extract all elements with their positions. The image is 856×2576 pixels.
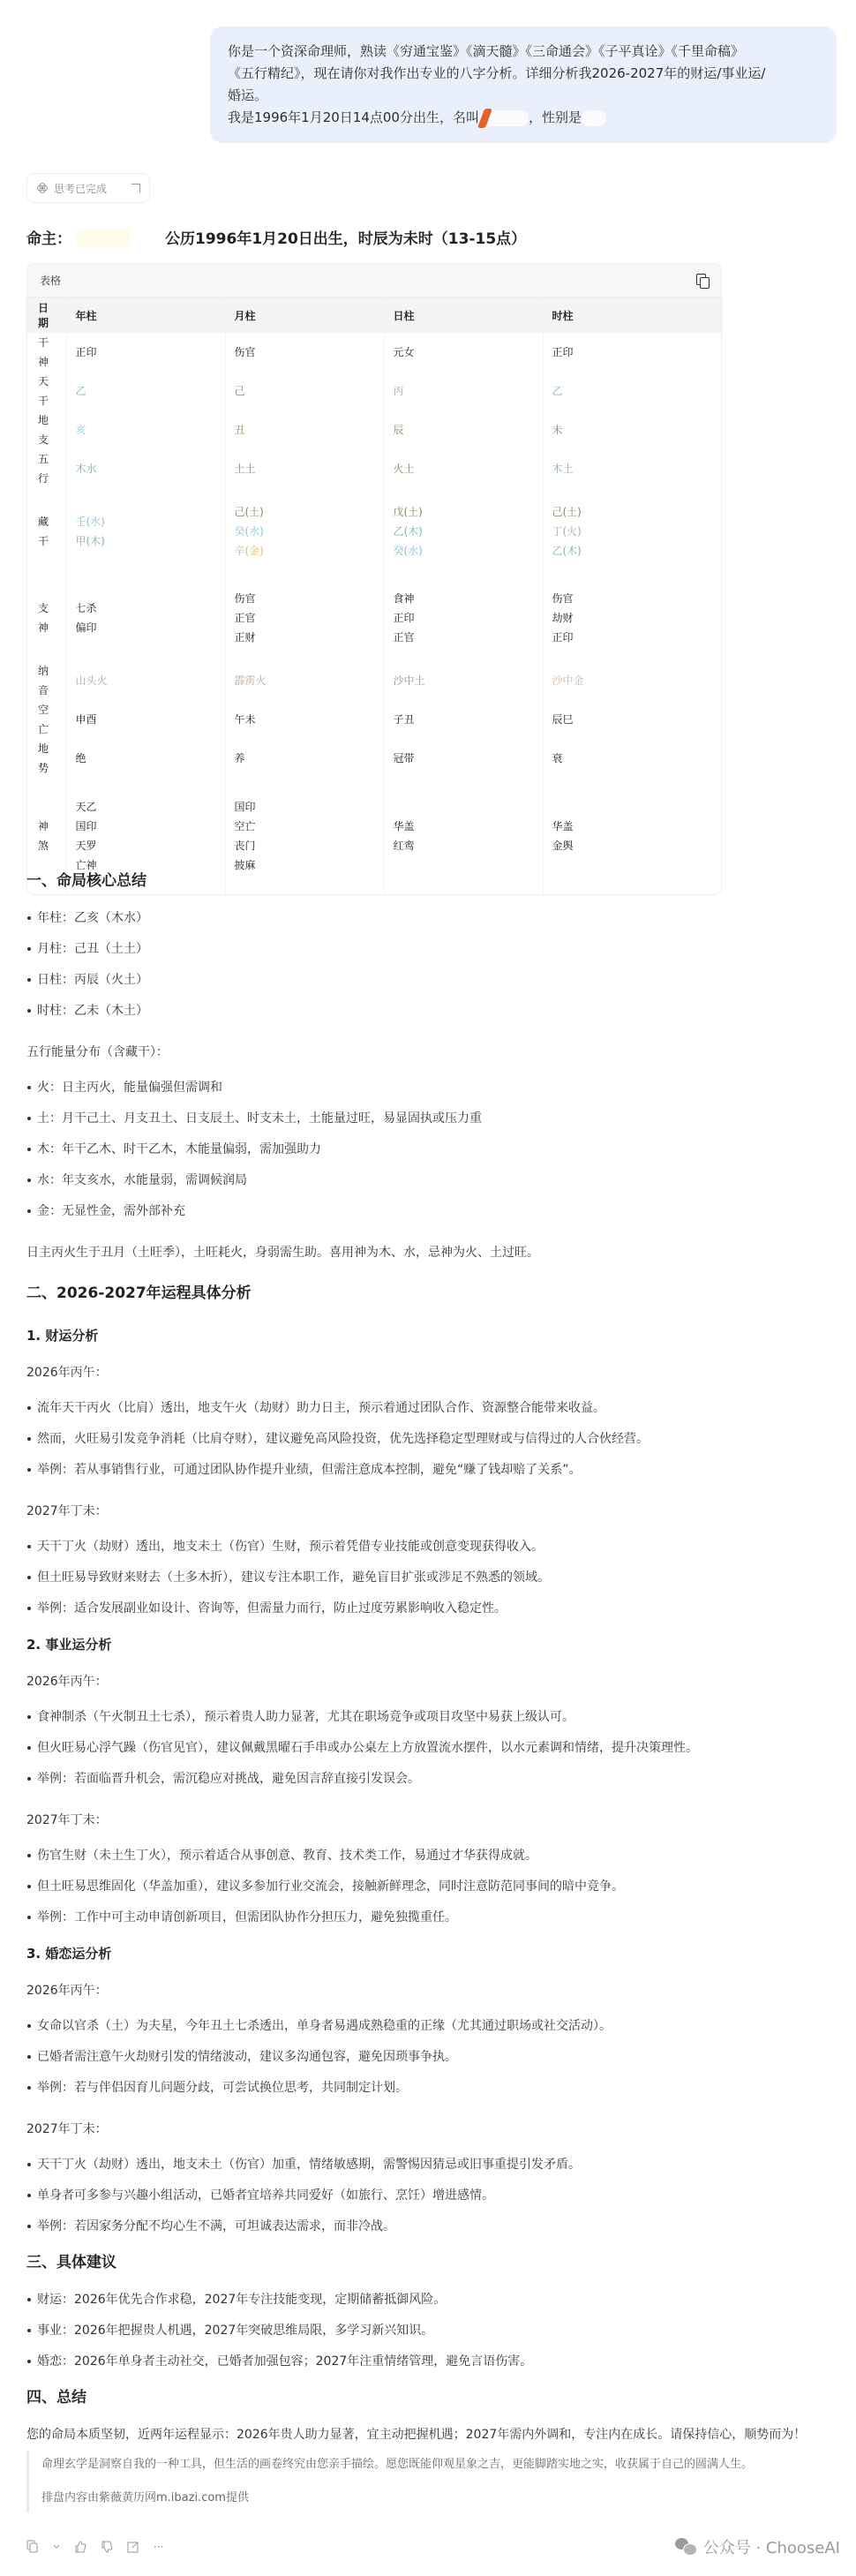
watermark-text: 公众号 · ChooseAI: [703, 2535, 840, 2558]
section-title: 一、命局核心总结: [26, 865, 821, 897]
list-item: 火：日主丙火，能量偏强但需调和: [26, 1077, 821, 1098]
user-message: 你是一个资深命理师，熟读《穷通宝鉴》《滴天髓》《三命通会》《子平真诠》《千里命稿…: [210, 26, 837, 143]
section-title: 四、总结: [26, 2382, 821, 2414]
table-cell: 午未: [225, 700, 384, 739]
subsection-title: 2. 事业运分析: [26, 1629, 821, 1661]
list-item: 伤官生财（未土生丁火），预示着适合从事创意、教育、技术类工作，易通过才华获得成就…: [26, 1845, 821, 1866]
list-item: 水：年支亥水，水能量弱，需调候润局: [26, 1170, 821, 1191]
table-cell: 绝: [66, 739, 225, 778]
year-label: 2026年丙午：: [26, 1362, 821, 1383]
table-row: 空亡 申酉 午未 子丑 辰巳: [27, 700, 721, 739]
list-item: 女命以官杀（土）为夫星，今年丑土七杀透出，单身者易遇成熟稳重的正缘（尤其通过职场…: [26, 2015, 821, 2037]
list-item: 举例：若面临晋升机会，需沉稳应对挑战，避免因言辞直接引发误会。: [26, 1768, 821, 1789]
table-cell: 正印: [66, 333, 225, 372]
redacted-owner-name: [77, 229, 130, 246]
list-item: 举例：若从事销售行业，可通过团队协作提升业绩，但需注意成本控制，避免“赚了钱却赔…: [26, 1459, 821, 1480]
list-item: 财运：2026年优先合作求稳，2027年专注技能变现，定期储蓄抵御风险。: [26, 2289, 821, 2310]
year-label: 2027年丁未：: [26, 1501, 821, 1522]
thinking-icon: [36, 182, 49, 194]
row-label: 五行: [27, 449, 66, 488]
table-cell: 伤官 劫财 正印: [543, 575, 721, 661]
table-cell: 申酉: [66, 700, 225, 739]
wuxing-title: 五行能量分布（含藏干）：: [26, 1042, 821, 1063]
table-cell: 辰巳: [543, 700, 721, 739]
expand-icon[interactable]: [131, 184, 140, 192]
year-label: 2026年丙午：: [26, 1671, 821, 1692]
table-card-title: 表格: [40, 273, 61, 288]
table-row: 干神 正印 伤官 元女 正印: [27, 333, 721, 372]
table-cell: 己(土) 癸(水) 辛(金): [225, 488, 384, 575]
list-item: 天干丁火（劫财）透出，地支未土（伤官）加重，情绪敏感期，需警惕因猜忌或旧事重提引…: [26, 2154, 821, 2175]
owner-info: 命主： 公历1996年1月20日出生，时辰为未时（13-15点）: [26, 226, 526, 248]
birth-text: 我是1996年1月20日14点00分出生，名叫: [228, 109, 479, 125]
table-cell: 亥: [66, 411, 225, 449]
thumbs-down-icon[interactable]: [101, 2541, 113, 2553]
table-row: 支神 七杀 偏印 伤官 正官 正财 食神 正印 正官 伤官 劫财: [27, 575, 721, 661]
table-cell: 沙中土: [384, 661, 543, 700]
list-item: 举例：工作中可主动申请创新项目，但需团队协作分担压力，避免独揽重任。: [26, 1907, 821, 1928]
list-item: 流年天干丙火（比肩）透出，地支午火（劫财）助力日主，预示着通过团队合作、资源整合…: [26, 1397, 821, 1419]
thumbs-up-icon[interactable]: [74, 2541, 86, 2553]
subsection-title: 3. 婚恋运分析: [26, 1938, 821, 1970]
closing-quote: 命理玄学是洞察自我的一种工具，但生活的画卷终究由您亲手描绘。愿您既能仰观星象之吉…: [26, 2451, 821, 2512]
source-text: 排盘内容由紫薇黄历网m.ibazi.com提供: [41, 2488, 821, 2509]
header-day-pillar: 日柱: [384, 298, 543, 333]
table-row: 藏干 壬(水) 甲(木) 己(土) 癸(水) 辛(金) 戊(土) 乙(木) 癸(…: [27, 488, 721, 575]
table-cell: 丙: [384, 372, 543, 411]
list-item: 但火旺易心浮气躁（伤官见官），建议佩戴黑曜石手串或办公桌左上方放置流水摆件，以水…: [26, 1737, 821, 1759]
copy-icon[interactable]: [696, 274, 709, 288]
chart-conclusion: 日主丙火生于丑月（土旺季），土旺耗火，身弱需生助。喜用神为木、水，忌神为火、土过…: [26, 1242, 821, 1263]
row-label: 地支: [27, 411, 66, 449]
table-cell: 食神 正印 正官: [384, 575, 543, 661]
list-item: 月柱：己丑（土土）: [26, 938, 821, 960]
row-label: 干神: [27, 333, 66, 372]
list-item: 日柱：丙辰（火土）: [26, 969, 821, 990]
section-title: 三、具体建议: [26, 2247, 821, 2278]
table-cell: 己: [225, 372, 384, 411]
section-title: 二、2026-2027年运程具体分析: [26, 1277, 821, 1309]
list-item: 单身者可多参与兴趣小组活动，已婚者宜培养共同爱好（如旅行、烹饪）增进感情。: [26, 2185, 821, 2206]
header-hour-pillar: 时柱: [543, 298, 721, 333]
chevron-down-icon[interactable]: [53, 2544, 60, 2550]
user-message-line: 《五行精纪》，现在请你对我作出专业的八字分析。详细分析我2026-2027年的财…: [228, 63, 819, 85]
table-cell: 养: [225, 739, 384, 778]
table-cell: 沙中金: [543, 661, 721, 700]
list-item: 婚恋：2026年单身者主动社交，已婚者加强包容；2027年注重情绪管理，避免言语…: [26, 2351, 821, 2372]
list-item: 举例：若因家务分配不均心生不满，可坦诚表达需求，而非冷战。: [26, 2216, 821, 2237]
table-cell: 未: [543, 411, 721, 449]
owner-prefix: 命主：: [26, 226, 71, 248]
table-row: 纳音 山头火 霹雳火 沙中土 沙中金: [27, 661, 721, 700]
analysis-content: 一、命局核心总结 年柱：乙亥（木水） 月柱：己丑（土土） 日柱：丙辰（火土） 时…: [26, 865, 821, 2512]
row-label: 空亡: [27, 700, 66, 739]
user-message-line: 你是一个资深命理师，熟读《穷通宝鉴》《滴天髓》《三命通会》《子平真诠》《千里命稿…: [228, 41, 819, 63]
table-header-row: 日期 年柱 月柱 日柱 时柱: [27, 298, 721, 333]
header-date: 日期: [27, 298, 66, 333]
table-cell: 子丑: [384, 700, 543, 739]
table-row: 地支 亥 丑 辰 未: [27, 411, 721, 449]
wealth-2026-list: 流年天干丙火（比肩）透出，地支午火（劫财）助力日主，预示着通过团队合作、资源整合…: [26, 1397, 821, 1480]
thinking-label: 思考已完成: [54, 181, 107, 196]
owner-detail: 公历1996年1月20日出生，时辰为未时（13-15点）: [165, 226, 526, 248]
redacted-name: [479, 110, 529, 126]
marriage-2026-list: 女命以官杀（土）为夫星，今年丑土七杀透出，单身者易遇成熟稳重的正缘（尤其通过职场…: [26, 2015, 821, 2098]
table-cell: 火土: [384, 449, 543, 488]
bazi-table: 日期 年柱 月柱 日柱 时柱 干神 正印 伤官 元女 正印 天干 乙 己 丙 乙: [27, 298, 721, 894]
list-item: 但土旺易导致财来财去（土多木折），建议专注本职工作，避免盲目扩张或涉足不熟悉的领…: [26, 1567, 821, 1588]
table-cell: 霹雳火: [225, 661, 384, 700]
list-item: 已婚者需注意午火劫财引发的情绪波动，建议多沟通包容，避免因琐事争执。: [26, 2046, 821, 2068]
table-cell: 丑: [225, 411, 384, 449]
user-message-line: 婚运。: [228, 85, 819, 107]
wuxing-list: 火：日主丙火，能量偏强但需调和 土：月干己土、月支丑土、日支辰土、时支未土，土能…: [26, 1077, 821, 1222]
list-item: 金：无显性金，需外部补充: [26, 1201, 821, 1222]
table-cell: 冠带: [384, 739, 543, 778]
watermark: 公众号 · ChooseAI: [675, 2535, 840, 2558]
career-2026-list: 食神制杀（午火制丑土七杀），预示着贵人助力显著，尤其在职场竞争或项目攻坚中易获上…: [26, 1706, 821, 1789]
row-label: 藏干: [27, 488, 66, 575]
header-year-pillar: 年柱: [66, 298, 225, 333]
marriage-2027-list: 天干丁火（劫财）透出，地支未土（伤官）加重，情绪敏感期，需警惕因猜忌或旧事重提引…: [26, 2154, 821, 2237]
message-action-bar: ···: [26, 2540, 163, 2554]
table-cell: 衰: [543, 739, 721, 778]
table-cell: 木水: [66, 449, 225, 488]
list-item: 食神制杀（午火制丑土七杀），预示着贵人助力显著，尤其在职场竞争或项目攻坚中易获上…: [26, 1706, 821, 1728]
copy-icon[interactable]: [26, 2540, 39, 2554]
table-row: 天干 乙 己 丙 乙: [27, 372, 721, 411]
table-cell: 辰: [384, 411, 543, 449]
list-item: 但土旺易思维固化（华盖加重），建议多参加行业交流会，接触新鲜理念，同时注意防范同…: [26, 1876, 821, 1897]
header-month-pillar: 月柱: [225, 298, 384, 333]
list-item: 举例：适合发展副业如设计、咨询等，但需量力而行，防止过度劳累影响收入稳定性。: [26, 1598, 821, 1619]
list-item: 土：月干己土、月支丑土、日支辰土、时支未土，土能量过旺，易显固执或压力重: [26, 1108, 821, 1129]
career-2027-list: 伤官生财（未土生丁火），预示着适合从事创意、教育、技术类工作，易通过才华获得成就…: [26, 1845, 821, 1928]
year-label: 2026年丙午：: [26, 1980, 821, 2001]
table-cell: 七杀 偏印: [66, 575, 225, 661]
quote-text: 命理玄学是洞察自我的一种工具，但生活的画卷终究由您亲手描绘。愿您既能仰观星象之吉…: [41, 2454, 821, 2475]
advice-list: 财运：2026年优先合作求稳，2027年专注技能变现，定期储蓄抵御风险。 事业：…: [26, 2289, 821, 2372]
table-cell: 伤官: [225, 333, 384, 372]
list-item: 木：年干乙木、时干乙木，木能量偏弱，需加强助力: [26, 1139, 821, 1160]
row-label: 支神: [27, 575, 66, 661]
row-label: 地势: [27, 739, 66, 778]
list-item: 时柱：乙未（木土）: [26, 1000, 821, 1021]
list-item: 然而，火旺易引发竞争消耗（比肩夺财），建议避免高风险投资，优先选择稳定型理财或与…: [26, 1428, 821, 1450]
user-message-bubble: 你是一个资深命理师，熟读《穷通宝鉴》《滴天髓》《三命通会》《子平真诠》《千里命稿…: [210, 26, 837, 143]
row-label: 天干: [27, 372, 66, 411]
row-label: 纳音: [27, 661, 66, 700]
gender-label: ，性别是: [529, 109, 582, 125]
table-cell: 壬(水) 甲(木): [66, 488, 225, 575]
user-message-line: 我是1996年1月20日14点00分出生，名叫，性别是: [228, 107, 819, 129]
table-cell: 乙: [543, 372, 721, 411]
table-card-header: 表格: [27, 264, 721, 298]
table-cell: 山头火: [66, 661, 225, 700]
redacted-gender: [582, 110, 606, 126]
summary-text: 您的命局本质坚韧，近两年运程显示：2026年贵人助力显著，宜主动把握机遇；202…: [26, 2424, 821, 2445]
list-item: 年柱：乙亥（木水）: [26, 908, 821, 929]
table-row: 地势 绝 养 冠带 衰: [27, 739, 721, 778]
edit-icon[interactable]: [127, 2541, 139, 2553]
pillars-list: 年柱：乙亥（木水） 月柱：己丑（土土） 日柱：丙辰（火土） 时柱：乙未（木土）: [26, 908, 821, 1021]
table-cell: 戊(土) 乙(木) 癸(水): [384, 488, 543, 575]
table-cell: 木土: [543, 449, 721, 488]
list-item: 事业：2026年把握贵人机遇，2027年突破思维局限，多学习新兴知识。: [26, 2320, 821, 2341]
table-cell: 元女: [384, 333, 543, 372]
table-row: 五行 木水 土土 火土 木土: [27, 449, 721, 488]
thinking-status-chip[interactable]: 思考已完成: [26, 173, 150, 203]
table-cell: 土土: [225, 449, 384, 488]
table-cell: 正印: [543, 333, 721, 372]
more-icon[interactable]: ···: [154, 2541, 163, 2553]
table-cell: 己(土) 丁(火) 乙(木): [543, 488, 721, 575]
subsection-title: 1. 财运分析: [26, 1320, 821, 1352]
table-cell: 伤官 正官 正财: [225, 575, 384, 661]
year-label: 2027年丁未：: [26, 1810, 821, 1831]
year-label: 2027年丁未：: [26, 2119, 821, 2140]
wechat-icon: [675, 2538, 696, 2556]
table-cell: 乙: [66, 372, 225, 411]
list-item: 天干丁火（劫财）透出，地支未土（伤官）生财，预示着凭借专业技能或创意变现获得收入…: [26, 1536, 821, 1557]
list-item: 举例：若与伴侣因育儿问题分歧，可尝试换位思考，共同制定计划。: [26, 2077, 821, 2098]
bazi-table-card: 表格 日期 年柱 月柱 日柱 时柱 干神 正印 伤官 元女 正印 天干 乙: [26, 263, 722, 895]
wealth-2027-list: 天干丁火（劫财）透出，地支未土（伤官）生财，预示着凭借专业技能或创意变现获得收入…: [26, 1536, 821, 1619]
